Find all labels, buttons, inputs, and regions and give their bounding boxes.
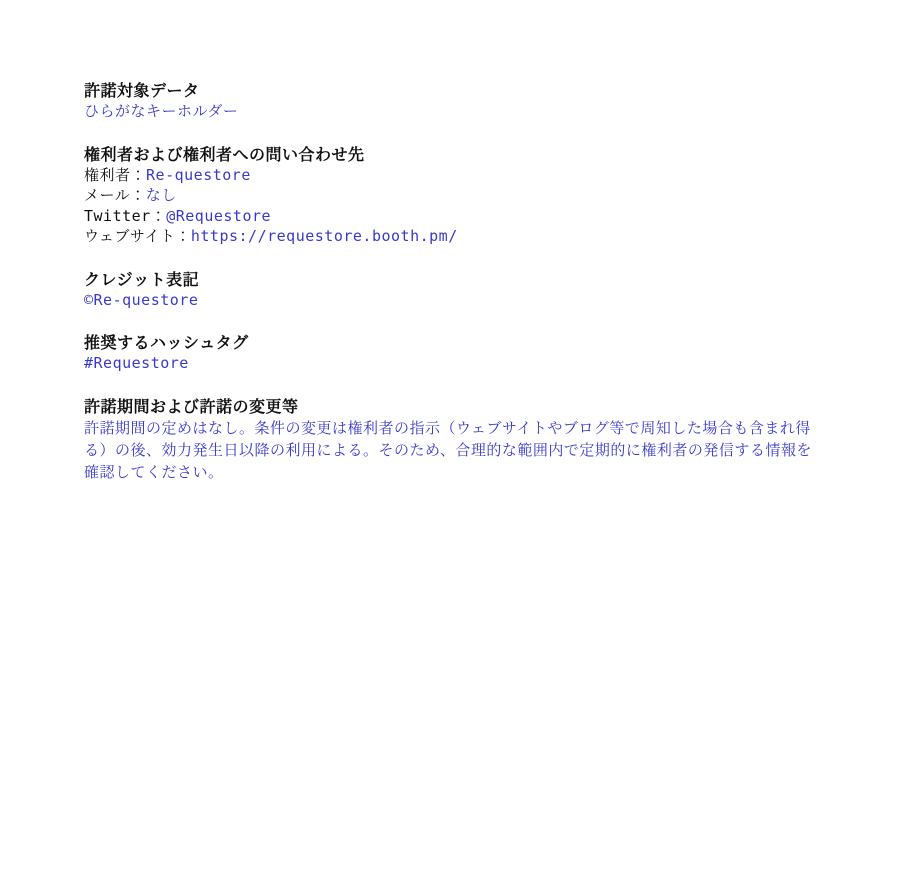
hashtag-value: #Requestore <box>84 353 822 374</box>
license-page: { "theme": { "background": "#ffffff", "t… <box>0 0 906 884</box>
section-hashtag: 推奨するハッシュタグ #Requestore <box>84 332 822 374</box>
rights-holder-value: Re-questore <box>146 166 251 184</box>
credit-heading: クレジット表記 <box>84 269 822 290</box>
section-rights-holder-contact: 権利者および権利者への問い合わせ先 権利者：Re-questore メール：なし… <box>84 144 822 247</box>
twitter-handle-link[interactable]: @Requestore <box>166 207 271 225</box>
twitter-row: Twitter：@Requestore <box>84 206 822 227</box>
website-label: ウェブサイト： <box>84 227 191 245</box>
email-label: メール： <box>84 186 146 204</box>
email-value: なし <box>146 186 177 204</box>
twitter-label: Twitter： <box>84 207 166 225</box>
email-row: メール：なし <box>84 185 822 206</box>
website-url-link[interactable]: https://requestore.booth.pm/ <box>191 227 458 245</box>
licensed-data-value: ひらがなキーホルダー <box>84 101 822 122</box>
hashtag-heading: 推奨するハッシュタグ <box>84 332 822 353</box>
credit-value: ©Re-questore <box>84 290 822 311</box>
section-licensed-data: 許諾対象データ ひらがなキーホルダー <box>84 80 822 122</box>
license-terms-heading: 許諾期間および許諾の変更等 <box>84 396 822 417</box>
rights-holder-heading: 権利者および権利者への問い合わせ先 <box>84 144 822 165</box>
licensed-data-heading: 許諾対象データ <box>84 80 822 101</box>
license-terms-text: 許諾期間の定めはなし。条件の変更は権利者の指示（ウェブサイトやブログ等で周知した… <box>84 417 822 483</box>
rights-holder-row: 権利者：Re-questore <box>84 165 822 186</box>
website-row: ウェブサイト：https://requestore.booth.pm/ <box>84 226 822 247</box>
rights-holder-label: 権利者： <box>84 166 146 184</box>
license-document: 許諾対象データ ひらがなキーホルダー 権利者および権利者への問い合わせ先 権利者… <box>0 0 906 483</box>
section-license-terms: 許諾期間および許諾の変更等 許諾期間の定めはなし。条件の変更は権利者の指示（ウェ… <box>84 396 822 483</box>
section-credit: クレジット表記 ©Re-questore <box>84 269 822 311</box>
